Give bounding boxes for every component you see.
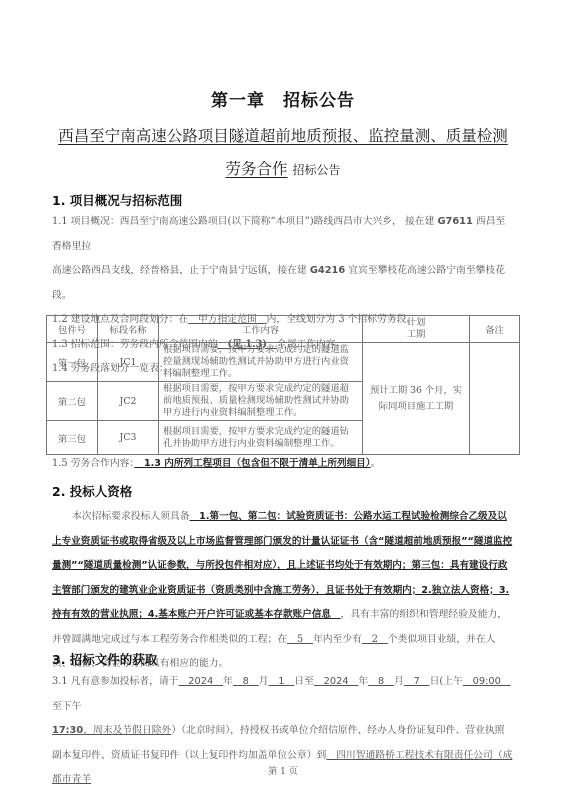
- cell-package-no: 第三包: [47, 421, 98, 455]
- am-time-fill: 09:00: [463, 676, 511, 687]
- section-heading-2: 2. 投标人资格: [52, 482, 132, 500]
- cell-remarks: [470, 343, 520, 455]
- route-code-g4216: G4216: [310, 265, 345, 276]
- section-heading-3: 3. 招标文件的获取: [52, 650, 157, 668]
- chapter-title: 第一章 招标公告: [0, 86, 566, 111]
- cell-section-name: JC3: [98, 421, 159, 455]
- cooperation-type: 劳务合作: [226, 160, 288, 178]
- route-code-g7611: G7611: [437, 216, 472, 227]
- start-month-fill: 8: [233, 676, 259, 687]
- header-work-content: 工作内容: [159, 316, 363, 343]
- header-section-name: 标段名称: [98, 316, 159, 343]
- cooperation-content-fill: 1.3 内所列工程项目（包含但不限于清单上所列细目）: [134, 458, 370, 469]
- end-day-fill: 7: [404, 676, 430, 687]
- page-number: 第 1 页: [0, 764, 566, 777]
- cell-section-name: JC1: [98, 343, 159, 382]
- header-remarks: 备注: [470, 316, 520, 343]
- paragraph-1-5: 1.5 劳务合作内容： 1.3 内所列工程项目（包含但不限于清单上所列细目）。: [52, 452, 514, 477]
- cell-work-content: 根据项目需要，按甲方要求完成约定的隧道钻孔并协助甲方进行内业资料编制整理工作。: [159, 421, 363, 455]
- project-name: 西昌至宁南高速公路项目隧道超前地质预报、监控量测、质量检测: [58, 127, 508, 145]
- header-plan-period: 计划 工期: [363, 316, 470, 343]
- document-subtitle-line2: 劳务合作 招标公告: [0, 157, 566, 179]
- cell-work-content: 根据项目需要，按甲方要求完成约定的隧道超前地质预报、质量检测现场辅助性测试并协助…: [159, 382, 363, 421]
- announcement-label: 招标公告: [292, 163, 340, 177]
- pm-time-fill: 17:30: [52, 725, 83, 736]
- cell-plan-period: 预计工期 36 个月，实际同项目施工工期: [363, 343, 470, 455]
- table-header-row: 包件号 标段名称 工作内容 计划 工期 备注: [47, 316, 520, 343]
- table-row: 第一包 JC1 根据项目需要，按甲方要求完成约定的隧道监控量测现场辅助性测试并协…: [47, 343, 520, 382]
- start-day-fill: 1: [268, 676, 294, 687]
- qualification-requirements: 1.第一包、第二包：试验资质证书：公路水运工程试验检测综合乙级及以上专业资质证书…: [52, 511, 512, 620]
- project-count-fill: 2: [362, 634, 388, 645]
- document-subtitle-line1: 西昌至宁南高速公路项目隧道超前地质预报、监控量测、质量检测: [0, 124, 566, 146]
- end-year-fill: 2024: [314, 676, 359, 687]
- cell-package-no: 第二包: [47, 382, 98, 421]
- end-month-fill: 8: [368, 676, 394, 687]
- section-heading-1: 1. 项目概况与招标范围: [52, 191, 182, 209]
- pm-note: ，周末及节假日除外: [83, 725, 171, 736]
- cell-work-content: 根据项目需要，按甲方要求完成约定的隧道监控量测现场辅助性测试并协助甲方进行内业资…: [159, 343, 363, 382]
- years-fill: 5: [287, 634, 313, 645]
- cell-package-no: 第一包: [47, 343, 98, 382]
- header-package-no: 包件号: [47, 316, 98, 343]
- start-year-fill: 2024: [178, 676, 223, 687]
- package-division-table: 包件号 标段名称 工作内容 计划 工期 备注 第一包 JC1 根据项目需要，按甲…: [46, 315, 520, 455]
- cell-section-name: JC2: [98, 382, 159, 421]
